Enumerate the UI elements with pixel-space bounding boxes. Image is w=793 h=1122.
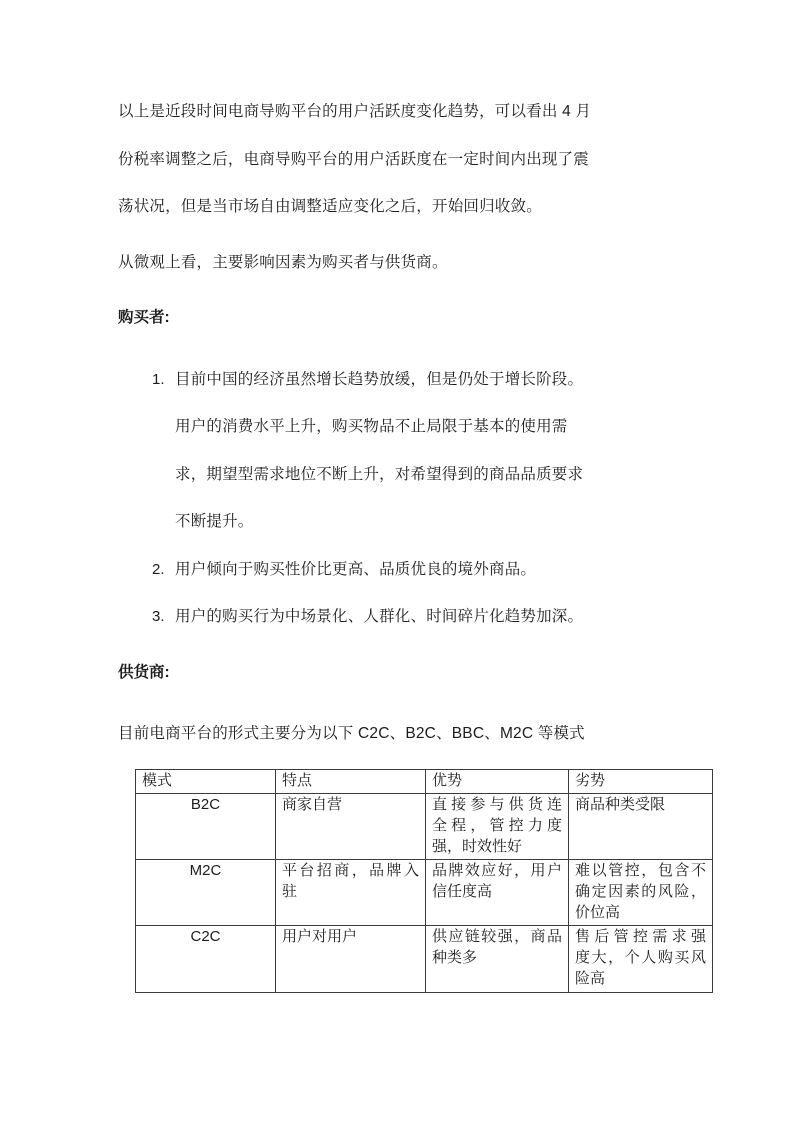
disadvantage-cell: 售后管控需求强度大，个人购买风险高 [569,926,713,992]
table-row: M2C平台招商，品牌入驻品牌效应好，用户信任度高难以管控，包含不确定因素的风险，… [136,860,713,926]
heading-suppliers: 供货商: [118,649,678,697]
table-header-cell: 优势 [426,769,569,794]
paragraph-micro: 从微观上看，主要影响因素为购买者与供货商。 [118,239,678,287]
table-header-cell: 劣势 [569,769,713,794]
list-item: 2.用户倾向于购买性价比更高、品质优良的境外商品。 [152,546,692,594]
table-header-cell: 模式 [136,769,276,794]
heading-buyers: 购买者: [118,294,678,342]
mode-cell: M2C [136,860,276,926]
advantage-cell: 直接参与供货连全程，管控力度强，时效性好 [426,794,569,860]
list-item: 3.用户的购买行为中场景化、人群化、时间碎片化趋势加深。 [152,593,692,641]
paragraph-intro: 以上是近段时间电商导购平台的用户活跃度变化趋势，可以看出 4 月 份税率调整之后… [118,88,678,231]
disadvantage-cell: 商品种类受限 [569,794,713,860]
feature-cell: 平台招商，品牌入驻 [276,860,426,926]
table-header-row: 模式特点优势劣势 [136,769,713,794]
disadvantage-cell: 难以管控，包含不确定因素的风险，价位高 [569,860,713,926]
modes-table: 模式特点优势劣势B2C商家自营直接参与供货连全程，管控力度强，时效性好商品种类受… [135,769,713,993]
table-header-cell: 特点 [276,769,426,794]
mode-cell: B2C [136,794,276,860]
table-row: B2C商家自营直接参与供货连全程，管控力度强，时效性好商品种类受限 [136,794,713,860]
feature-cell: 商家自营 [276,794,426,860]
list-item: 1.目前中国的经济虽然增长趋势放缓，但是仍处于增长阶段。 用户的消费水平上升，购… [152,356,692,546]
document-page: 以上是近段时间电商导购平台的用户活跃度变化趋势，可以看出 4 月 份税率调整之后… [0,0,793,1122]
feature-cell: 用户对用户 [276,926,426,992]
list-item-number: 3. [152,593,175,641]
list-item-text: 目前中国的经济虽然增长趋势放缓，但是仍处于增长阶段。 用户的消费水平上升，购买物… [175,356,583,546]
table-row: C2C用户对用户供应链较强，商品种类多售后管控需求强度大，个人购买风险高 [136,926,713,992]
advantage-cell: 品牌效应好，用户信任度高 [426,860,569,926]
buyers-list: 1.目前中国的经济虽然增长趋势放缓，但是仍处于增长阶段。 用户的消费水平上升，购… [118,356,692,641]
advantage-cell: 供应链较强，商品种类多 [426,926,569,992]
list-item-number: 1. [152,356,175,404]
list-item-text: 用户倾向于购买性价比更高、品质优良的境外商品。 [175,546,536,594]
mode-cell: C2C [136,926,276,992]
paragraph-platform-modes: 目前电商平台的形式主要分为以下 C2C、B2C、BBC、M2C 等模式 [118,710,678,758]
list-item-number: 2. [152,546,175,594]
list-item-text: 用户的购买行为中场景化、人群化、时间碎片化趋势加深。 [175,593,583,641]
